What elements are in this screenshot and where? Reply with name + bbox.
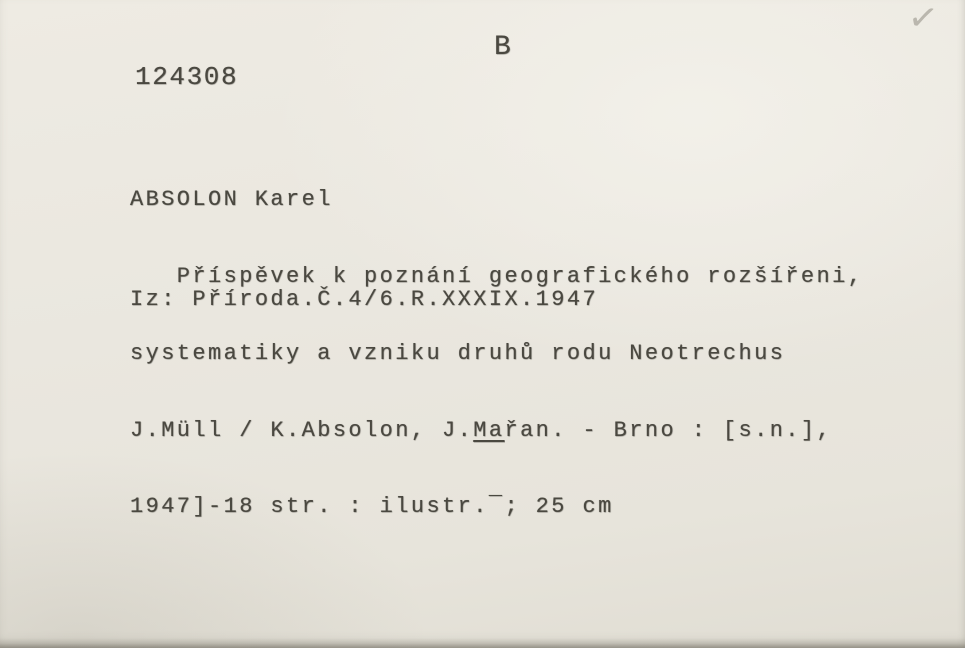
statement-pre: J.Müll / K.Absolon, J.	[130, 418, 473, 443]
statement-line: J.Müll / K.Absolon, J.Mařan. - Brno : [s…	[130, 418, 863, 444]
statement-post: řan. - Brno : [s.n.],	[504, 418, 832, 443]
catalog-number: 124308	[135, 62, 238, 92]
title-line-1: Příspěvek k poznání geografického rozšíř…	[130, 264, 863, 290]
section-letter: B	[494, 32, 513, 63]
collation-line: 1947]-18 str. : ilustr.‾; 25 cm	[130, 494, 863, 520]
title-line-2: systematiky a vzniku druhů rodu Neotrech…	[130, 341, 863, 367]
author-heading: ABSOLON Karel	[130, 187, 863, 213]
statement-underlined: Ma	[473, 418, 504, 443]
source-note: Iz: Příroda.Č.4/6.R.XXXIX.1947	[130, 287, 598, 312]
checkmark-icon: ✓	[905, 0, 941, 41]
card-bottom-edge	[0, 638, 965, 648]
catalog-card: ✓ B 124308 ABSOLON Karel Příspěvek k poz…	[0, 0, 965, 648]
bibliographic-entry: ABSOLON Karel Příspěvek k poznání geogra…	[130, 136, 863, 571]
